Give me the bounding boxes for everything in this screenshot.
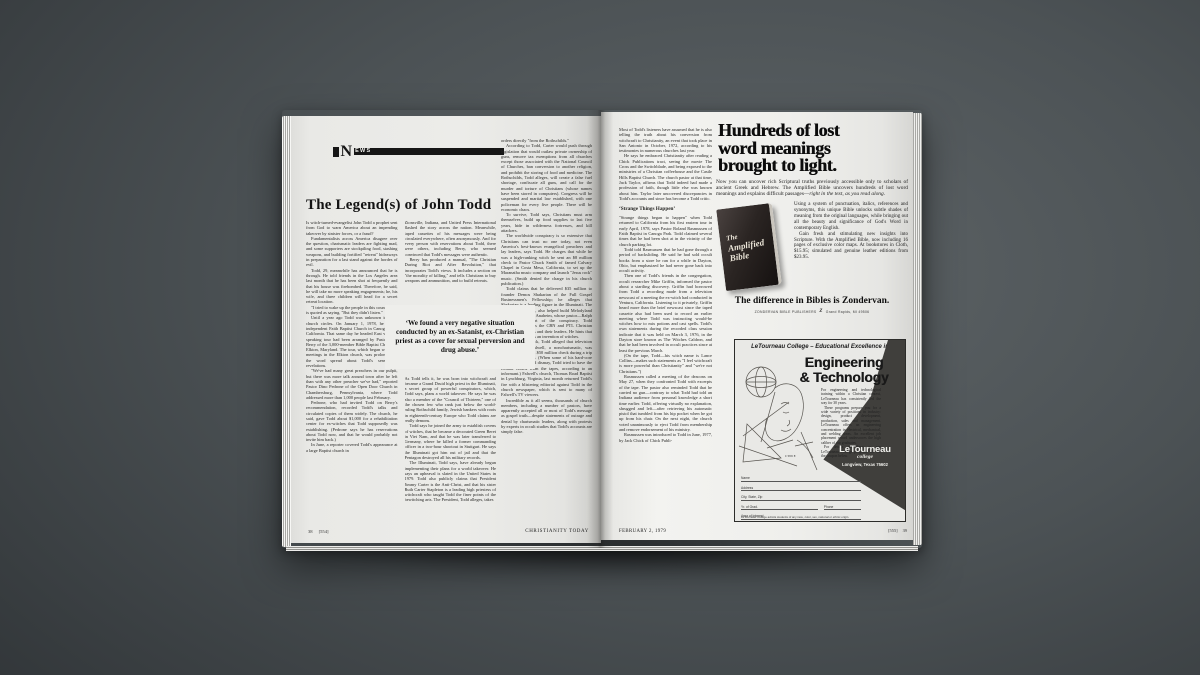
letourneau-logo: LeTourneau college Longview, Texas 75602: [827, 445, 903, 467]
coupon-field-grad-year: Yr. of Grad.: [741, 501, 818, 511]
news-logo-n: N: [341, 144, 353, 159]
coupon-form: Name Address City, State, Zip Yr. of Gra…: [741, 472, 861, 520]
issue-date: FEBRUARY 2, 1979: [619, 529, 666, 534]
zondervan-intro-italic: right in the text, as you read along.: [809, 191, 885, 197]
letourneau-title-line-2: & Technology: [791, 370, 897, 385]
article-column-4-bottom: "Strange things began to happen" when To…: [619, 215, 712, 443]
news-section-header: N EWS: [333, 143, 504, 160]
zondervan-headline-line-1: Hundreds of lost: [718, 122, 908, 140]
letourneau-ad: LeTourneau College – Educational Excelle…: [734, 339, 906, 522]
zondervan-body-text: Using a system of punctuation, italics, …: [794, 200, 908, 294]
issue-folio: [555]: [888, 528, 898, 533]
zondervan-headline: Hundreds of lost word meanings brought t…: [716, 122, 908, 175]
letourneau-fine-print: LeTourneau College admits students of an…: [741, 515, 899, 519]
coupon-field-row: Yr. of Grad. Phone: [741, 501, 861, 511]
zondervan-headline-line-3: brought to light.: [718, 157, 908, 175]
magazine-spread: N EWS The Legend(s) of John Todd orders …: [282, 110, 922, 548]
coupon-field-phone: Phone: [824, 501, 861, 511]
zondervan-logo-icon: Z: [819, 309, 822, 314]
zondervan-publisher: ZONDERVAN BIBLE PUBLISHERS: [755, 310, 817, 314]
amplified-bible-book: The Amplified Bible: [716, 200, 794, 294]
article-column-2-top: Zionsville, Indiana, and United Press In…: [405, 220, 497, 284]
article-column-2: Zionsville, Indiana, and United Press In…: [405, 220, 497, 528]
news-logo-mark-icon: [333, 147, 339, 157]
page-edges-right: [913, 113, 922, 545]
amplified-bible-book-cover: The Amplified Bible: [716, 203, 782, 291]
magazine-spine: [587, 110, 613, 548]
left-page-footer: 38[554]: [308, 529, 335, 534]
letourneau-title-line-1: Engineering: [791, 355, 897, 370]
right-page-footer: [555]39: [883, 528, 907, 533]
page-edges-left: [282, 116, 291, 547]
left-page: N EWS The Legend(s) of John Todd orders …: [291, 116, 601, 543]
zondervan-tagline: The difference in Bibles is Zondervan.: [716, 296, 908, 307]
zondervan-body-row: The Amplified Bible Using a system of pu…: [716, 200, 908, 294]
subhead-strange-things-happen: ‘Strange Things Happen’: [619, 206, 712, 212]
pull-quote: ‘We found a very negative situation cond…: [385, 305, 535, 369]
article-column-4-top: Most of Todd's listeners have assumed th…: [619, 127, 712, 201]
zondervan-ad: Hundreds of lost word meanings brought t…: [716, 122, 908, 336]
right-page: Most of Todd's listeners have assumed th…: [601, 112, 913, 540]
coupon-field-city-state-zip: City, State, Zip: [741, 491, 861, 501]
zondervan-intro: Now you can uncover rich Scriptural trut…: [716, 179, 908, 198]
coupon-field-name: Name: [741, 472, 861, 482]
page-number: 39: [903, 528, 907, 533]
letourneau-title: Engineering & Technology: [791, 355, 897, 384]
zondervan-location: Grand Rapids, MI 49506: [826, 310, 870, 314]
article-column-4: Most of Todd's listeners have assumed th…: [619, 127, 712, 527]
issue-folio: [554]: [319, 529, 329, 534]
letourneau-logo-location: Longview, Texas 75602: [827, 462, 903, 467]
zondervan-publisher-line: ZONDERVAN BIBLE PUBLISHERS Z Grand Rapid…: [716, 309, 908, 314]
coupon-code: CT09 E: [785, 454, 796, 458]
article-columns-1-2: Is witch-turned-evangelist John Todd a p…: [306, 220, 496, 528]
letourneau-header: LeTourneau College – Educational Excelle…: [735, 344, 905, 351]
magazine-name: CHRISTIANITY TODAY: [525, 529, 589, 534]
page-number: 38: [308, 529, 313, 534]
amplified-bible-book-title: The Amplified Bible: [725, 228, 766, 264]
article-column-1: Is witch-turned-evangelist John Todd a p…: [306, 220, 398, 528]
news-logo-bar: EWS: [354, 148, 504, 156]
coupon-field-address: Address: [741, 482, 861, 492]
letourneau-logo-name: LeTourneau: [827, 445, 903, 454]
article-column-2-bottom: As Todd tells it, he was born into witch…: [405, 376, 497, 503]
